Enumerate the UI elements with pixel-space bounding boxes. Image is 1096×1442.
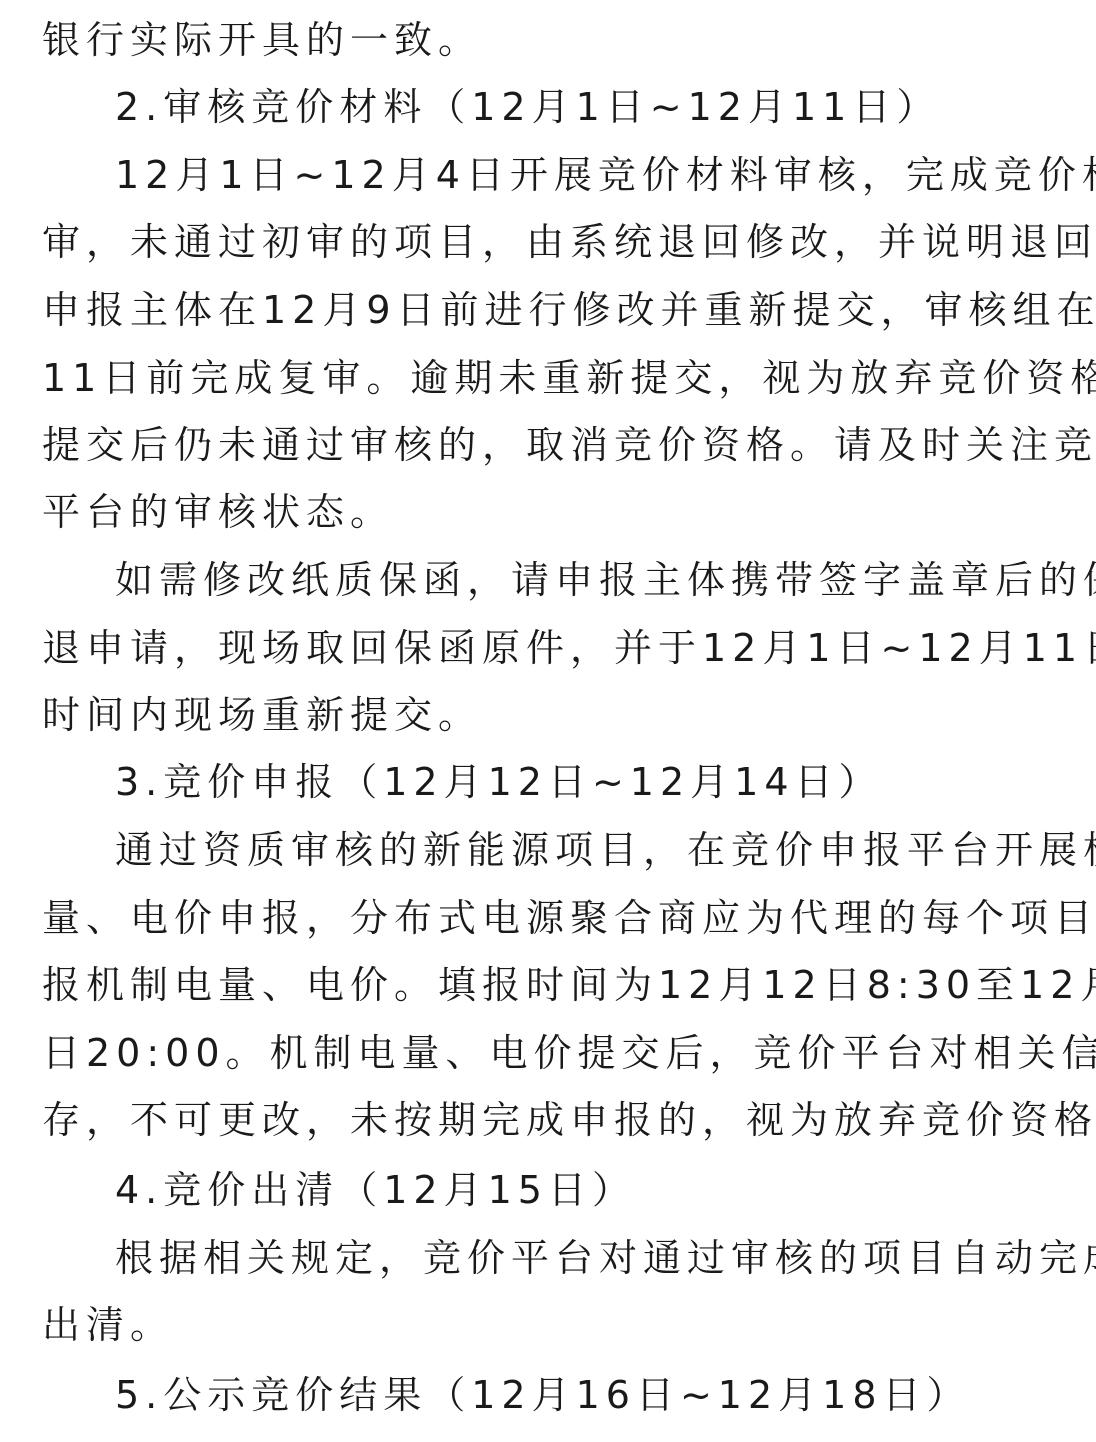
section-heading: 2.审核竞价材料（12月1日~12月11日）	[115, 77, 940, 137]
text-line: 通过资质审核的新能源项目，在竞价申报平台开展机制电	[115, 820, 1055, 880]
text-line: 申报主体在12月9日前进行修改并重新提交，审核组在12月	[42, 280, 1054, 340]
section-heading: 3.竞价申报（12月12日~12月14日）	[115, 752, 883, 812]
section-heading: 4.竞价出清（12月15日）	[115, 1160, 636, 1220]
document-page: 银行实际开具的一致。 2.审核竞价材料（12月1日~12月11日） 12月1日~…	[0, 0, 1096, 1442]
text-line: 报机制电量、电价。填报时间为12月12日8:30至12月14	[42, 955, 1054, 1015]
text-line: 如需修改纸质保函，请申报主体携带签字盖章后的保函回	[115, 550, 1055, 610]
text-line: 出清。	[42, 1295, 174, 1355]
text-line: 退申请，现场取回保函原件，并于12月1日~12月11日工作	[42, 618, 1054, 678]
text-line: 时间内现场重新提交。	[42, 685, 482, 745]
text-line: 12月1日~12月4日开展竞价材料审核，完成竞价材料初	[115, 145, 1055, 205]
text-line: 平台的审核状态。	[42, 482, 394, 542]
text-line: 提交后仍未通过审核的，取消竞价资格。请及时关注竞价申报	[42, 415, 1054, 475]
text-line: 日20:00。机制电量、电价提交后，竞价平台对相关信息自动封	[42, 1023, 1054, 1083]
text-line: 存，不可更改，未按期完成申报的，视为放弃竞价资格。	[42, 1090, 1096, 1150]
text-line: 银行实际开具的一致。	[42, 10, 482, 70]
text-line: 量、电价申报，分布式电源聚合商应为代理的每个项目分别申	[42, 888, 1054, 948]
text-line: 审，未通过初审的项目，由系统退回修改，并说明退回原因。	[42, 212, 1054, 272]
text-line: 根据相关规定，竞价平台对通过审核的项目自动完成价格	[115, 1228, 1055, 1288]
text-line: 11日前完成复审。逾期未重新提交，视为放弃竞价资格，重新	[42, 348, 1054, 408]
section-heading: 5.公示竞价结果（12月16日~12月18日）	[115, 1365, 971, 1425]
